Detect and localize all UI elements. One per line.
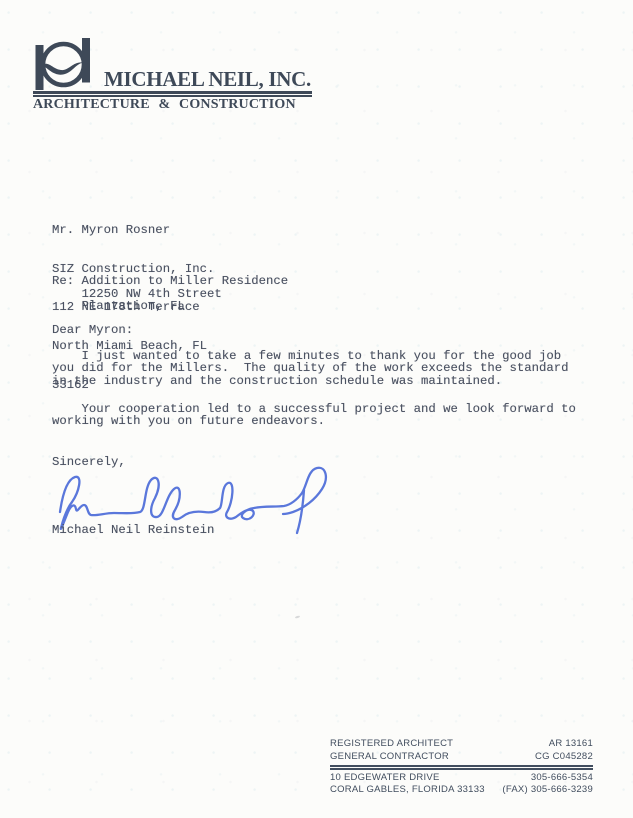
- header-divider: [33, 91, 312, 97]
- scan-artifact-dot: [295, 615, 300, 618]
- fax-number: (FAX) 305-666-3239: [502, 784, 593, 796]
- footer-divider-line-top: [330, 765, 593, 767]
- credential-row: REGISTERED ARCHITECT AR 13161: [330, 738, 593, 751]
- company-name: MICHAEL NEIL, INC.: [104, 67, 311, 92]
- company-logo-icon: [35, 38, 97, 94]
- scanned-letter-page: MICHAEL NEIL, INC. ARCHITECTURE & CONSTR…: [0, 0, 633, 818]
- credential-number: AR 13161: [549, 738, 593, 751]
- footer-divider: [330, 765, 593, 770]
- company-tagline: ARCHITECTURE & CONSTRUCTION: [33, 97, 296, 113]
- subject-re-block: Re: Addition to Miller Residence 12250 N…: [52, 275, 288, 313]
- credential-row: GENERAL CONTRACTOR CG C045282: [330, 751, 593, 764]
- footer-credentials-block: REGISTERED ARCHITECT AR 13161 GENERAL CO…: [330, 738, 593, 796]
- footer-address-block: 10 EDGEWATER DRIVE 305-666-5354 CORAL GA…: [330, 772, 593, 795]
- header-divider-line-thick: [33, 91, 312, 94]
- credential-label: GENERAL CONTRACTOR: [330, 751, 449, 764]
- signer-name: Michael Neil Reinstein: [52, 524, 214, 537]
- body-paragraph-2: Your cooperation led to a successful pro…: [52, 403, 576, 428]
- address-line: 10 EDGEWATER DRIVE: [330, 772, 440, 784]
- address-row: CORAL GABLES, FLORIDA 33133 (FAX) 305-66…: [330, 784, 593, 796]
- credential-label: REGISTERED ARCHITECT: [330, 738, 453, 751]
- address-line: CORAL GABLES, FLORIDA 33133: [330, 784, 485, 796]
- body-paragraph-1: I just wanted to take a few minutes to t…: [52, 350, 569, 387]
- recipient-name: Mr. Myron Rosner: [52, 224, 214, 237]
- footer-divider-line-bottom: [330, 768, 593, 770]
- credential-number: CG C045282: [535, 751, 593, 764]
- salutation: Dear Myron:: [52, 324, 133, 337]
- logo-wave: [44, 62, 83, 74]
- address-row: 10 EDGEWATER DRIVE 305-666-5354: [330, 772, 593, 784]
- phone-number: 305-666-5354: [531, 772, 593, 784]
